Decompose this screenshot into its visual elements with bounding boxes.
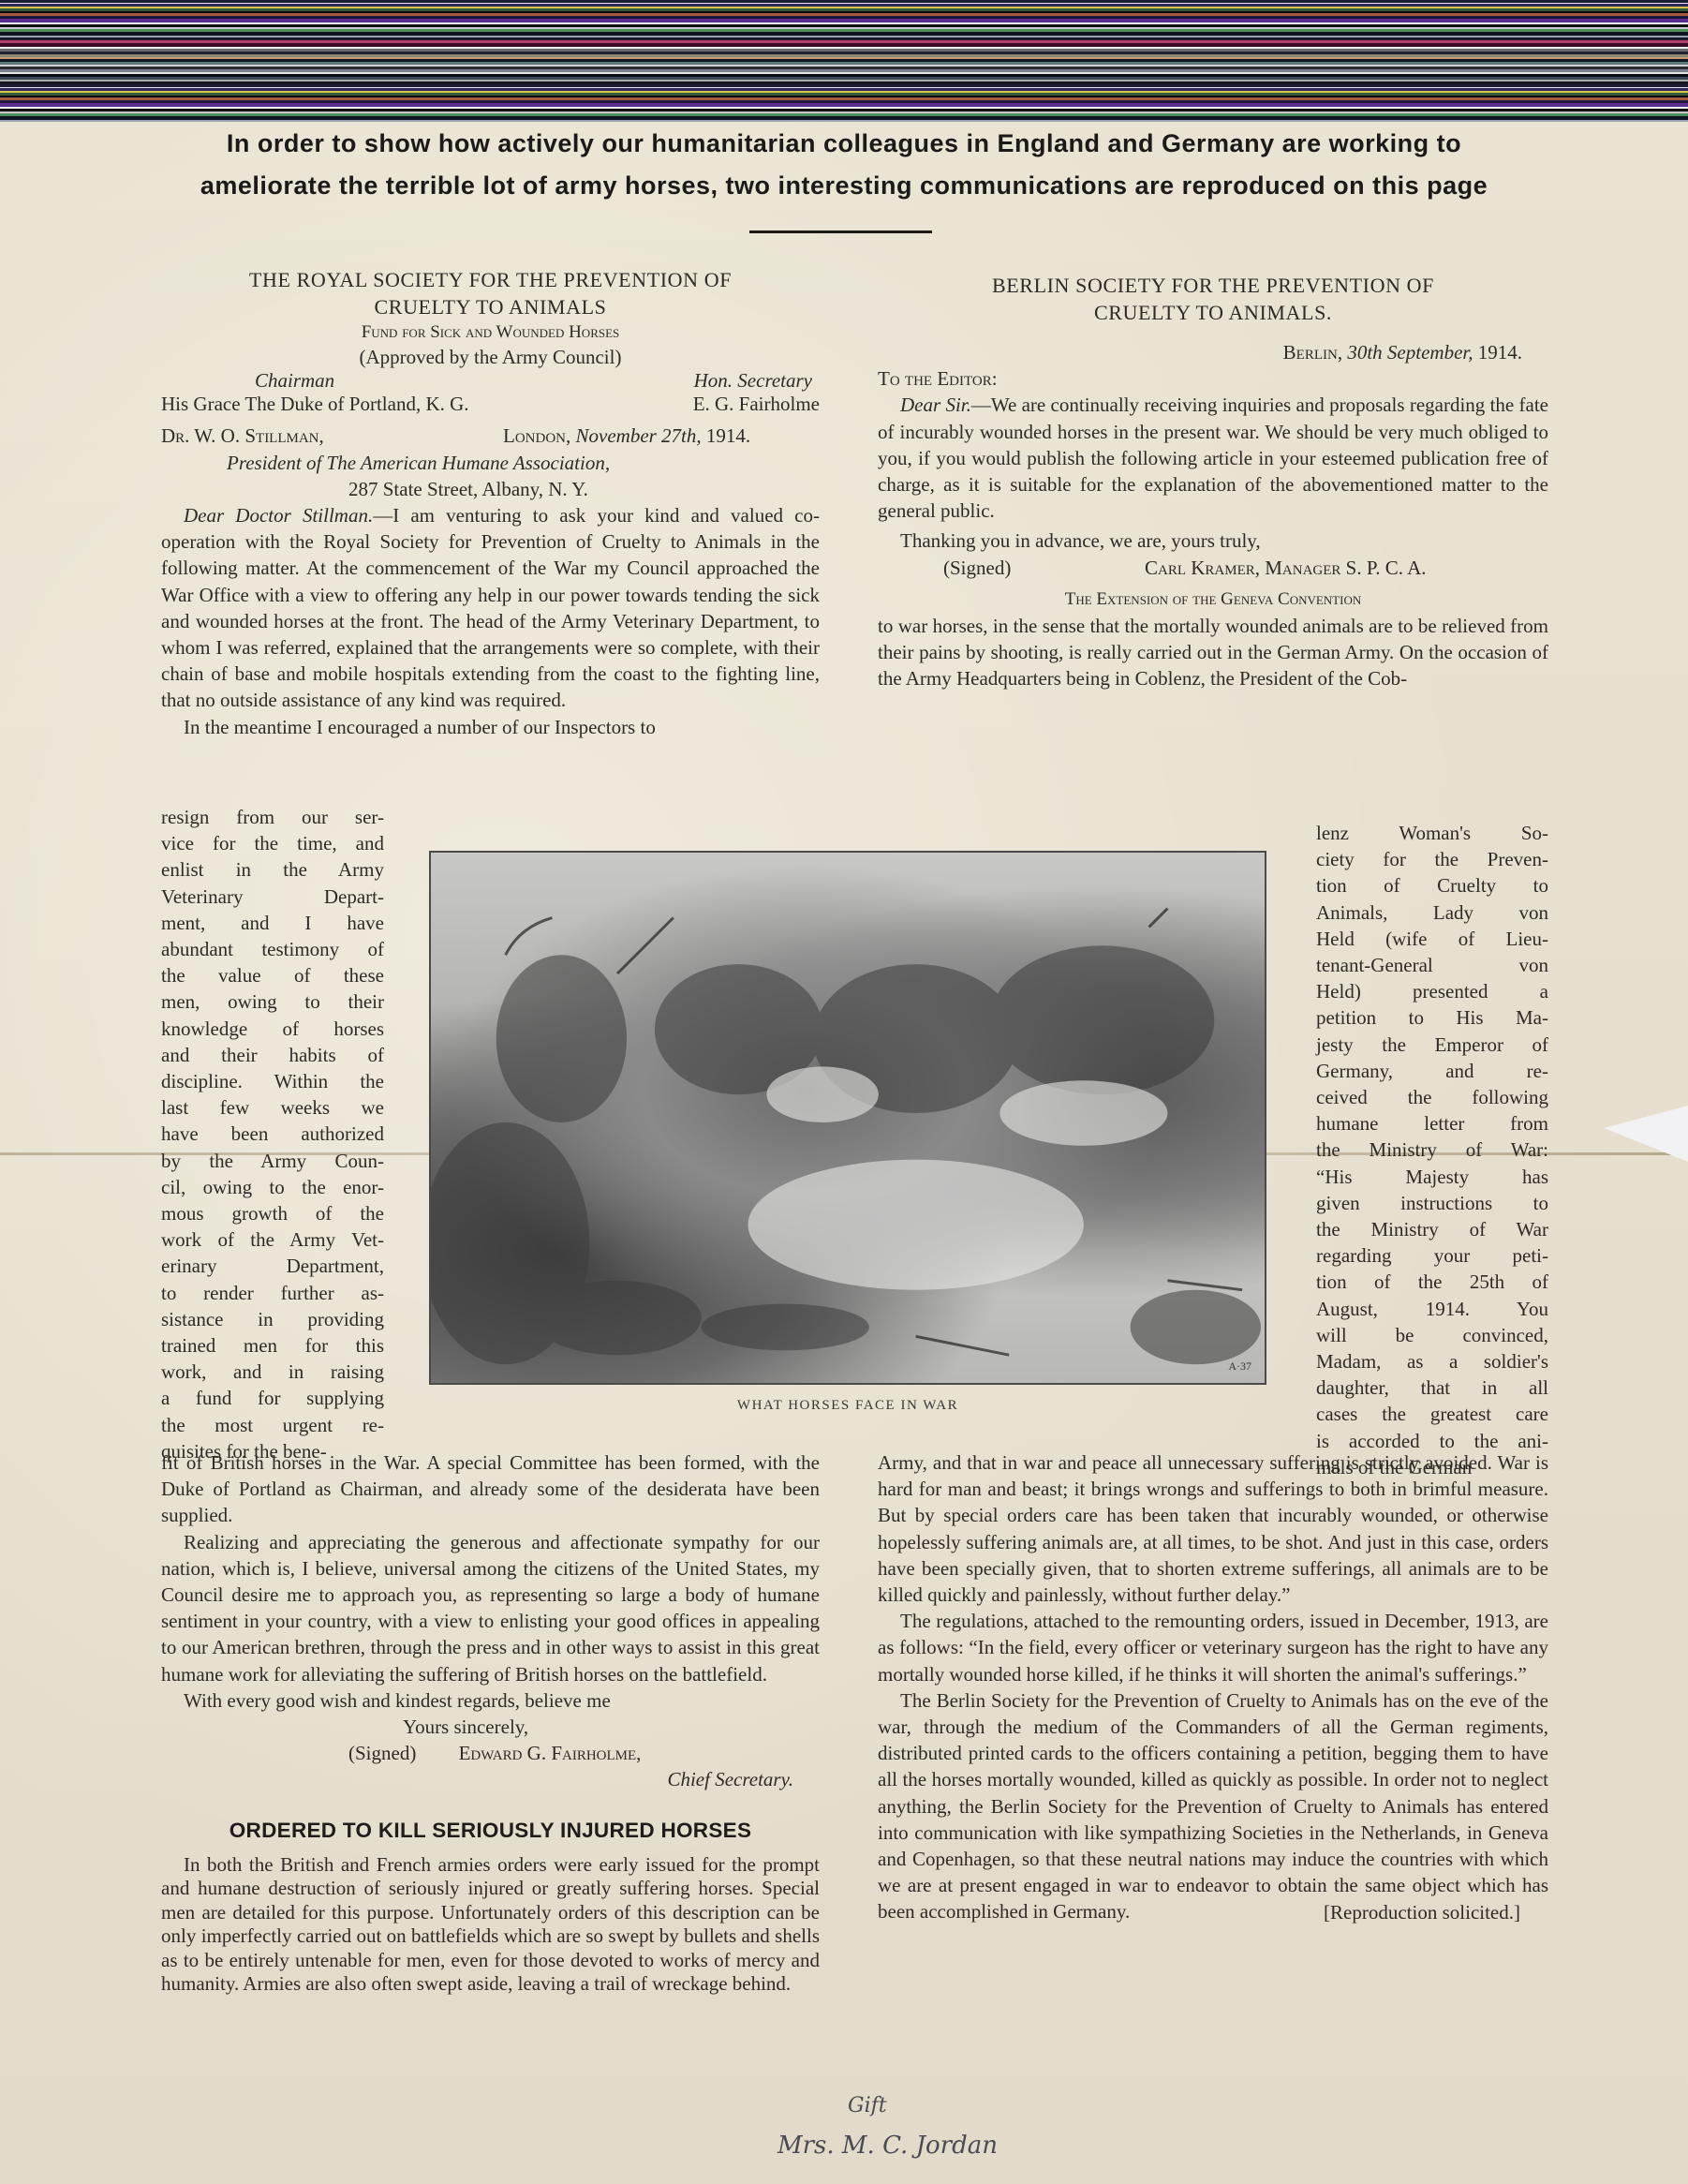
rspca-narrow-line: have been authorized <box>161 1121 384 1147</box>
berlin-narrow-line: given instructions to <box>1316 1190 1548 1216</box>
rspca-narrow-line: abundant testimony of <box>161 936 384 962</box>
ordered-section-body: In both the British and French armies or… <box>161 1853 820 1997</box>
page-headline-line-2: ameliorate the terrible lot of army hors… <box>112 171 1576 201</box>
rspca-narrow-line: vice for the time, and <box>161 830 384 856</box>
rspca-narrow-line: work, and in raising <box>161 1359 384 1385</box>
rspca-paragraph-2-end: fit of British horses in the War. A spec… <box>161 1449 820 1529</box>
rspca-narrow-line: resign from our ser- <box>161 804 384 830</box>
rspca-letter: THE ROYAL SOCIETY FOR THE PREVENTION OF … <box>161 266 820 740</box>
secretary-label: Hon. Secretary <box>694 370 820 391</box>
berlin-paragraph-1-text: —We are continually receiving inquiries … <box>878 394 1548 522</box>
rspca-narrow-line: work of the Army Vet- <box>161 1226 384 1253</box>
berlin-letter: BERLIN SOCIETY FOR THE PREVENTION OF CRU… <box>878 272 1548 692</box>
page-headline-line-1: In order to show how actively our humani… <box>112 129 1576 158</box>
rspca-narrow-line: discipline. Within the <box>161 1068 384 1094</box>
berlin-narrow-line: tenant-General von <box>1316 952 1548 978</box>
berlin-narrow-line: Held (wife of Lieu- <box>1316 926 1548 952</box>
rspca-narrow-line: trained men for this <box>161 1332 384 1359</box>
berlin-narrow-line: jesty the Emperor of <box>1316 1032 1548 1058</box>
berlin-narrow-line: tion of the 25th of <box>1316 1269 1548 1295</box>
signed-label: (Signed) <box>348 1742 416 1764</box>
berlin-narrow-line: ciety for the Preven- <box>1316 846 1548 872</box>
battle-scene-sketch <box>431 853 1265 1383</box>
rspca-narrow-line: the value of these <box>161 962 384 988</box>
yours-sincerely: Yours sincerely, <box>161 1714 820 1740</box>
chairman-name: His Grace The Duke of Portland, K. G. <box>161 391 469 417</box>
handwritten-donor: Mrs. M. C. Jordan <box>777 2132 998 2160</box>
rspca-narrow-line: enlist in the Army <box>161 856 384 883</box>
officer-names: His Grace The Duke of Portland, K. G. E.… <box>161 391 820 417</box>
berlin-narrow-line: will be convinced, <box>1316 1322 1548 1348</box>
signer-name: Edward G. Fairholme, <box>459 1742 642 1764</box>
berlin-narrow-line: Germany, and re- <box>1316 1058 1548 1084</box>
berlin-narrow-line: cases the greatest care <box>1316 1401 1548 1427</box>
rspca-narrow-line: men, owing to their <box>161 988 384 1015</box>
berlin-paragraph-2-end: Army, and that in war and peace all unne… <box>878 1449 1548 1608</box>
dateline-place: Berlin, <box>1283 341 1342 364</box>
berlin-signer: Carl Kramer, Manager S. P. C. A. <box>1145 555 1426 581</box>
rspca-paragraph-2-start: In the meantime I encouraged a number of… <box>161 714 820 740</box>
rspca-narrow-line: erinary Department, <box>161 1253 384 1279</box>
berlin-signature-line: (Signed) Carl Kramer, Manager S. P. C. A… <box>878 555 1548 581</box>
to-the-editor: To the Editor: <box>878 365 1548 392</box>
berlin-paragraph-4: The Berlin Society for the Prevention of… <box>878 1687 1548 1925</box>
rspca-narrow-line: a fund for supplying <box>161 1385 384 1411</box>
berlin-salutation: Dear Sir. <box>900 394 971 416</box>
rspca-paragraph-1-text: —I am venturing to ask your kind and val… <box>161 504 820 711</box>
rspca-paragraph-1: Dear Doctor Stillman.—I am venturing to … <box>161 502 820 714</box>
rspca-narrow-line: cil, owing to the enor- <box>161 1174 384 1200</box>
berlin-thanks: Thanking you in advance, we are, yours t… <box>878 527 1548 554</box>
rspca-narrow-line: Veterinary Depart- <box>161 884 384 910</box>
berlin-narrow-line: the Ministry of War: <box>1316 1137 1548 1163</box>
rspca-narrow-column: resign from our ser-vice for the time, a… <box>161 804 384 1464</box>
berlin-narrow-line: Animals, Lady von <box>1316 899 1548 926</box>
addressee-name: Dr. W. O. Stillman, <box>161 423 503 449</box>
berlin-narrow-line: humane letter from <box>1316 1110 1548 1137</box>
berlin-title-line-2: CRUELTY TO ANIMALS. <box>878 299 1548 326</box>
closing-line: With every good wish and kindest regards… <box>161 1687 820 1714</box>
war-horses-illustration: A·37 <box>429 851 1266 1385</box>
berlin-narrow-column: lenz Woman's So-ciety for the Preven-tio… <box>1316 820 1548 1480</box>
artist-signature: A·37 <box>1228 1359 1251 1374</box>
fund-name: Fund for Sick and Wounded Horses <box>161 320 820 344</box>
secretary-name: E. G. Fairholme <box>693 391 820 417</box>
addressee-line: Dr. W. O. Stillman, London, November 27t… <box>161 423 820 449</box>
berlin-paragraph-3: The regulations, attached to the remount… <box>878 1608 1548 1687</box>
berlin-paragraph-2: to war horses, in the sense that the mor… <box>878 613 1548 692</box>
salutation: Dear Doctor Stillman. <box>184 504 373 527</box>
berlin-narrow-line: “His Majesty has <box>1316 1164 1548 1190</box>
handwritten-gift: Gift <box>848 2094 887 2117</box>
addressee-title: President of The American Humane Associa… <box>161 450 820 476</box>
berlin-narrow-line: the Ministry of War <box>1316 1216 1548 1242</box>
rspca-narrow-line: and their habits of <box>161 1042 384 1068</box>
berlin-narrow-line: ceived the following <box>1316 1084 1548 1110</box>
rspca-narrow-line: the most urgent re- <box>161 1412 384 1438</box>
ordered-section-heading: ORDERED TO KILL SERIOUSLY INJURED HORSES <box>161 1818 820 1844</box>
geneva-subheading: The Extension of the Geneva Convention <box>878 587 1548 613</box>
scan-artifact-stripes <box>0 0 1688 122</box>
addressee-street: 287 State Street, Albany, N. Y. <box>161 476 820 502</box>
approved-note: (Approved by the Army Council) <box>161 344 820 370</box>
rspca-narrow-line: by the Army Coun- <box>161 1148 384 1174</box>
letter-year: 1914. <box>706 423 750 449</box>
chairman-label: Chairman <box>255 370 334 391</box>
dateline-year: 1914. <box>1478 341 1522 364</box>
berlin-narrow-line: tion of Cruelty to <box>1316 872 1548 899</box>
rspca-narrow-line: knowledge of horses <box>161 1016 384 1042</box>
berlin-dateline: Berlin, 30th September, 1914. <box>878 339 1548 365</box>
berlin-signed-label: (Signed) <box>943 555 1145 581</box>
berlin-letter-continued: Army, and that in war and peace all unne… <box>878 1449 1548 1925</box>
berlin-narrow-line: petition to His Ma- <box>1316 1004 1548 1031</box>
rspca-letter-continued: fit of British horses in the War. A spec… <box>161 1449 820 1997</box>
rspca-narrow-line: last few weeks we <box>161 1094 384 1121</box>
berlin-narrow-line: Held) presented a <box>1316 978 1548 1004</box>
rspca-narrow-line: sistance in providing <box>161 1306 384 1332</box>
letter-date: November 27th, <box>576 423 702 449</box>
rspca-narrow-line: to render further as- <box>161 1280 384 1306</box>
headline-divider <box>749 230 932 233</box>
rspca-paragraph-3: Realizing and appreciating the generous … <box>161 1529 820 1687</box>
berlin-narrow-line: Madam, as a soldier's <box>1316 1348 1548 1374</box>
dateline-date: 30th September, <box>1347 341 1473 364</box>
signature-line: (Signed) Edward G. Fairholme, <box>161 1740 820 1766</box>
berlin-narrow-line: daughter, that in all <box>1316 1374 1548 1401</box>
berlin-narrow-line: lenz Woman's So- <box>1316 820 1548 846</box>
rspca-title-line-2: CRUELTY TO ANIMALS <box>161 293 820 320</box>
figure-caption: WHAT HORSES FACE IN WAR <box>429 1398 1266 1414</box>
berlin-narrow-line: August, 1914. You <box>1316 1296 1548 1322</box>
rspca-narrow-line: ment, and I have <box>161 910 384 936</box>
rspca-narrow-line: mous growth of the <box>161 1200 384 1226</box>
officer-labels: Chairman Hon. Secretary <box>161 370 820 391</box>
letter-place: London, <box>503 423 570 449</box>
berlin-title-line-1: BERLIN SOCIETY FOR THE PREVENTION OF <box>878 272 1548 299</box>
berlin-paragraph-1: Dear Sir.—We are continually receiving i… <box>878 392 1548 524</box>
rspca-title-line-1: THE ROYAL SOCIETY FOR THE PREVENTION OF <box>161 266 820 293</box>
signer-title: Chief Secretary. <box>161 1766 820 1792</box>
berlin-narrow-line: regarding your peti- <box>1316 1242 1548 1269</box>
